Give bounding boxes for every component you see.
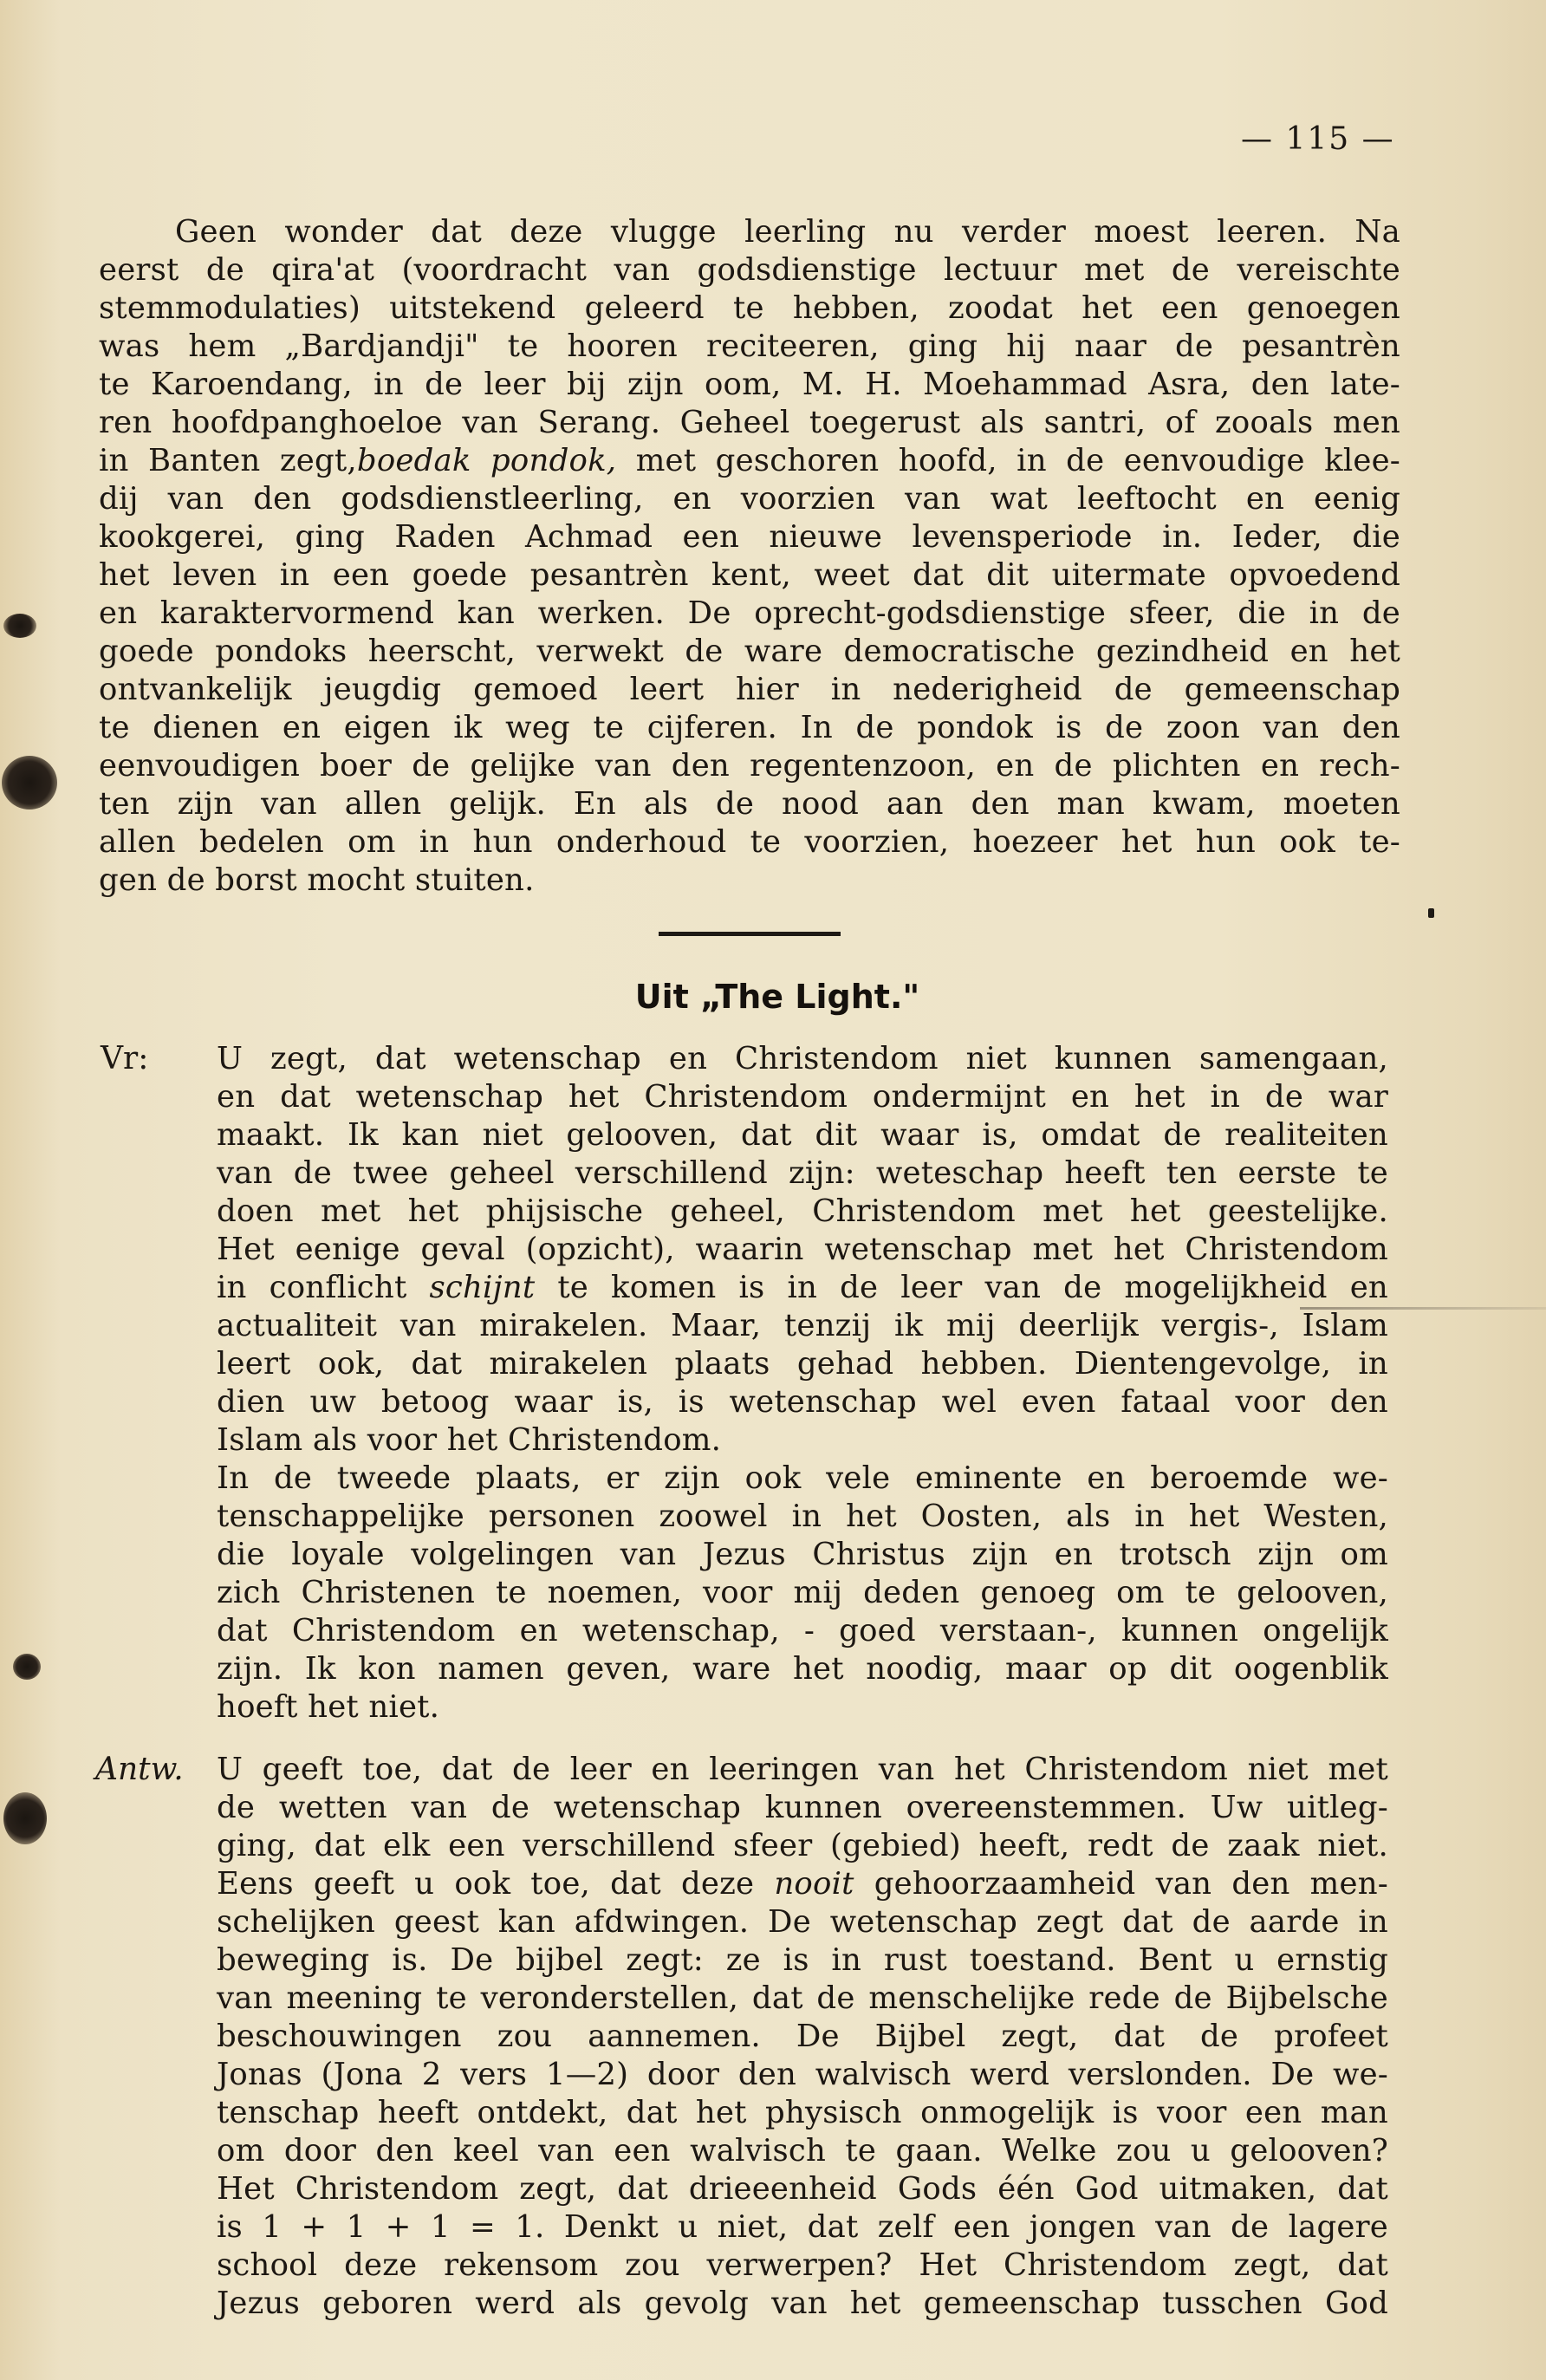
question-line: dien uw betoog waar is, is wetenschap we…: [217, 1383, 1388, 1421]
question-line: die loyale volgelingen van Jezus Christu…: [217, 1536, 1388, 1574]
ink-blot-mark: [2, 756, 57, 810]
answer-line: van meening te veronderstellen, dat de m…: [217, 1980, 1388, 2018]
paragraph-line: het leven in een goede pesantrèn kent, w…: [99, 556, 1400, 595]
question-line: zich Christenen te noemen, voor mij dede…: [217, 1574, 1388, 1612]
answer-line: ging, dat elk een verschillend sfeer (ge…: [217, 1827, 1388, 1865]
paragraph-line: eenvoudigen boer de gelijke van den rege…: [99, 747, 1400, 785]
question-line: zijn. Ik kon namen geven, ware het noodi…: [217, 1650, 1388, 1688]
question-text: U zegt, dat wetenschap en Christendom ni…: [217, 1040, 1388, 1726]
question-line: hoeft het niet.: [217, 1688, 1388, 1726]
answer-line: de wetten van de wetenschap kunnen overe…: [217, 1789, 1388, 1827]
paragraph-text: met geschoren hoofd, in de eenvoudige kl…: [616, 443, 1400, 478]
answer-line: tenschap heeft ontdekt, dat het physisch…: [217, 2094, 1388, 2132]
paragraph-line: ontvankelijk jeugdig gemoed leert hier i…: [99, 671, 1400, 709]
ink-mark: [1428, 908, 1434, 918]
answer-line: U geeft toe, dat de leer en leeringen va…: [217, 1751, 1388, 1789]
question-line: actualiteit van mirakelen. Maar, tenzij …: [217, 1307, 1388, 1345]
question-line: U zegt, dat wetenschap en Christendom ni…: [217, 1040, 1388, 1078]
question-line: Islam als voor het Christendom.: [217, 1421, 1388, 1460]
paragraph-line: kookgerei, ging Raden Achmad een nieuwe …: [99, 518, 1400, 556]
italic-term: nooit: [774, 1866, 854, 1902]
question-line: In de tweede plaats, er zijn ook vele em…: [217, 1460, 1388, 1498]
question-text-part: in conflicht: [217, 1270, 406, 1305]
question-line: van de twee geheel verschillend zijn: we…: [217, 1154, 1388, 1193]
question-line: en dat wetenschap het Christendom onderm…: [217, 1078, 1388, 1116]
paragraph-line: was hem „Bardjandji" te hooren reciteere…: [99, 328, 1400, 366]
ink-blot-mark: [3, 1792, 47, 1844]
question-line: tenschappelijke personen zoowel in het O…: [217, 1498, 1388, 1536]
question-text-part: te komen is in de leer van de mogelijkhe…: [535, 1270, 1388, 1305]
answer-line: schelijken geest kan afdwingen. De weten…: [217, 1903, 1388, 1941]
answer-line: beweging is. De bijbel zegt: ze is in ru…: [217, 1941, 1388, 1980]
answer-text-part: gehoorzaamheid van den men-: [854, 1866, 1388, 1902]
paragraph-line: te Karoendang, in de leer bij zijn oom, …: [99, 366, 1400, 404]
paragraph-line: eerst de qira'at (voordracht van godsdie…: [99, 251, 1400, 289]
paragraph-line: ten zijn van allen gelijk. En als de noo…: [99, 785, 1400, 823]
answer-label: Antw.: [95, 1751, 184, 1789]
question-line: maakt. Ik kan niet gelooven, dat dit waa…: [217, 1116, 1388, 1154]
ink-blot-mark: [13, 1654, 41, 1680]
italic-term: boedak pondok,: [357, 443, 616, 478]
section-separator: [659, 932, 841, 936]
paragraph-line: in Banten zegt,boedak pondok, met gescho…: [99, 442, 1400, 480]
intro-paragraph: Geen wonder dat deze vlugge leerling nu …: [99, 213, 1400, 900]
answer-text: U geeft toe, dat de leer en leeringen va…: [217, 1751, 1388, 2323]
paragraph-line: te dienen en eigen ik weg te cijferen. I…: [99, 709, 1400, 747]
answer-line: beschouwingen zou aannemen. De Bijbel ze…: [217, 2018, 1388, 2056]
question-line: in conflicht schijnt te komen is in de l…: [217, 1269, 1388, 1307]
question-line: leert ook, dat mirakelen plaats gehad he…: [217, 1345, 1388, 1383]
question-line: doen met het phijsische geheel, Christen…: [217, 1193, 1388, 1231]
section-title: Uit „The Light.": [0, 978, 1546, 1016]
paragraph-line: goede pondoks heerscht, verwekt de ware …: [99, 633, 1400, 671]
question-line: Het eenige geval (opzicht), waarin weten…: [217, 1231, 1388, 1269]
answer-line: om door den keel van een walvisch te gaa…: [217, 2132, 1388, 2170]
paragraph-line: en karaktervormend kan werken. De oprech…: [99, 595, 1400, 633]
paragraph-line: gen de borst mocht stuiten.: [99, 862, 1400, 900]
paragraph-text: in Banten zegt,: [99, 443, 357, 478]
paragraph-line: dij van den godsdienstleerling, en voorz…: [99, 480, 1400, 518]
paragraph-line: ren hoofdpanghoeloe van Serang. Geheel t…: [99, 404, 1400, 442]
answer-line: Het Christendom zegt, dat drieeenheid Go…: [217, 2170, 1388, 2208]
answer-line: is 1 + 1 + 1 = 1. Denkt u niet, dat zelf…: [217, 2208, 1388, 2247]
answer-line: Eens geeft u ook toe, dat deze nooit geh…: [217, 1865, 1388, 1903]
answer-line: school deze rekensom zou verwerpen? Het …: [217, 2247, 1388, 2285]
question-label: Vr:: [101, 1040, 148, 1078]
paragraph-line: stemmodulaties) uitstekend geleerd te he…: [99, 289, 1400, 328]
answer-line: Jezus geboren werd als gevolg van het ge…: [217, 2285, 1388, 2323]
answer-text-part: Eens geeft u ook toe, dat deze: [217, 1866, 754, 1902]
page-number: — 115 —: [1241, 121, 1395, 157]
paragraph-line: allen bedelen om in hun onderhoud te voo…: [99, 823, 1400, 862]
question-line: dat Christendom en wetenschap, - goed ve…: [217, 1612, 1388, 1650]
paragraph-line: Geen wonder dat deze vlugge leerling nu …: [99, 213, 1400, 251]
answer-line: Jonas (Jona 2 vers 1—2) door den walvisc…: [217, 2056, 1388, 2094]
paper-fold: [1300, 1307, 1546, 1310]
ink-blot-mark: [3, 614, 36, 638]
italic-term: schijnt: [429, 1270, 535, 1305]
